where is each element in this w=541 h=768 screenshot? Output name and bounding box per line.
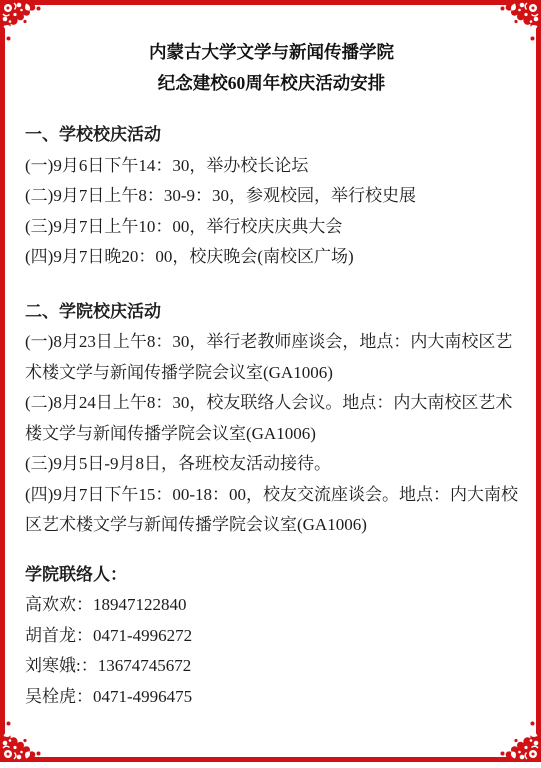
activity-item: (三)9月5日-9月8日，各班校友活动接待。 <box>25 449 518 480</box>
contact-item: 吴栓虎：0471-4996475 <box>25 682 518 713</box>
activity-item: (一)8月23日上午8：30，举行老教师座谈会，地点：内大南校区艺术楼文学与新闻… <box>25 327 518 388</box>
section-heading: 二、学院校庆活动 <box>25 297 518 328</box>
activity-item: (一)9月6日下午14：30，举办校长论坛 <box>25 151 518 182</box>
section-college-activities: 二、学院校庆活动 (一)8月23日上午8：30，举行老教师座谈会，地点：内大南校… <box>25 297 518 541</box>
contact-item: 胡首龙：0471-4996272 <box>25 621 518 652</box>
activity-item: (三)9月7日上午10：00，举行校庆庆典大会 <box>25 212 518 243</box>
contact-item: 刘寒娥:：13674745672 <box>25 651 518 682</box>
activity-item: (二)9月7日上午8：30-9：30，参观校园，举行校史展 <box>25 181 518 212</box>
activity-item: (四)9月7日晚20：00，校庆晚会(南校区广场) <box>25 242 518 273</box>
title-line-1: 内蒙古大学文学与新闻传播学院 <box>25 37 518 68</box>
contacts-heading: 学院联络人： <box>25 560 518 591</box>
corner-ornament-bottom-right-icon <box>495 716 541 762</box>
document-content: 内蒙古大学文学与新闻传播学院 纪念建校60周年校庆活动安排 一、学校校庆活动 (… <box>0 0 541 712</box>
section-heading: 一、学校校庆活动 <box>25 120 518 151</box>
activity-item: (四)9月7日下午15：00-18：00，校友交流座谈会。地点：内大南校区艺术楼… <box>25 480 518 541</box>
title-line-2: 纪念建校60周年校庆活动安排 <box>25 68 518 99</box>
corner-ornament-bottom-left-icon <box>0 716 46 762</box>
section-contacts: 学院联络人： 高欢欢：18947122840 胡首龙：0471-4996272 … <box>25 560 518 713</box>
contact-item: 高欢欢：18947122840 <box>25 590 518 621</box>
document-page: 内蒙古大学文学与新闻传播学院 纪念建校60周年校庆活动安排 一、学校校庆活动 (… <box>0 0 541 768</box>
section-school-activities: 一、学校校庆活动 (一)9月6日下午14：30，举办校长论坛 (二)9月7日上午… <box>25 120 518 273</box>
document-title: 内蒙古大学文学与新闻传播学院 纪念建校60周年校庆活动安排 <box>25 37 518 99</box>
activity-item: (二)8月24日上午8：30，校友联络人会议。地点：内大南校区艺术楼文学与新闻传… <box>25 388 518 449</box>
